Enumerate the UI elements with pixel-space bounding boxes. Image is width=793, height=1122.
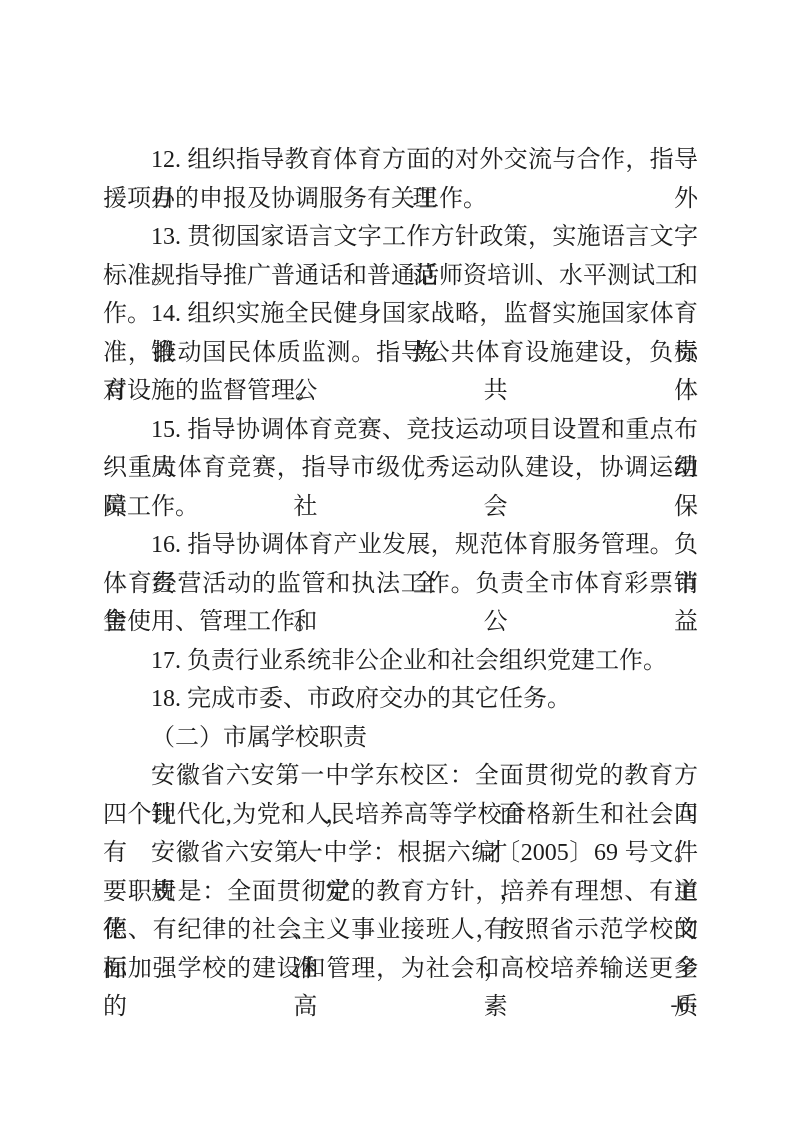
text-line: 16. 指导协调体育产业发展，规范体育服务管理。负责全市 bbox=[103, 526, 698, 565]
text-line: 化、有纪律的社会主义事业接班人，按照省示范学校的标准，全 bbox=[103, 911, 698, 950]
page-number: -6- bbox=[671, 992, 699, 1017]
document-body: 12. 组织指导教育体育方面的对外交流与合作，指导办理外援项目的申报及协调服务有… bbox=[103, 141, 698, 988]
text-line: 准，推动国民体质监测。指导公共体育设施建设，负责对公共体 bbox=[103, 334, 698, 373]
text-line: （二）市属学校职责 bbox=[103, 719, 698, 758]
text-line: 织重大体育竞赛，指导市级优秀运动队建设，协调运动员社会保 bbox=[103, 449, 698, 488]
text-line: 安徽省六安第一中学：根据六编〔2005〕69 号文件规定，主 bbox=[103, 834, 698, 873]
text-line: 17. 负责行业系统非公企业和社会组织党建工作。 bbox=[103, 642, 698, 681]
text-line: 14. 组织实施全民健身国家战略，监督实施国家体育锻炼标 bbox=[103, 295, 698, 334]
text-line: 面加强学校的建设和管理，为社会和高校培养输送更多的高素质 bbox=[103, 950, 698, 989]
text-line: 四个现代化,为党和人民培养高等学校合格新生和社会四有人才。 bbox=[103, 796, 698, 835]
text-line: 18. 完成市委、市政府交办的其它任务。 bbox=[103, 680, 698, 719]
document-page: 12. 组织指导教育体育方面的对外交流与合作，指导办理外援项目的申报及协调服务有… bbox=[0, 0, 793, 1122]
text-line: 12. 组织指导教育体育方面的对外交流与合作，指导办理外 bbox=[103, 141, 698, 180]
text-line: 15. 指导协调体育竞赛、竞技运动项目设置和重点布局，组 bbox=[103, 411, 698, 450]
text-line: 安徽省六安第一中学东校区：全面贯彻党的教育方针，面向 bbox=[103, 757, 698, 796]
text-line: 要职责是：全面贯彻党的教育方针，培养有理想、有道德、有文 bbox=[103, 873, 698, 912]
text-line: 体育经营活动的监管和执法工作。负责全市体育彩票销售和公益 bbox=[103, 565, 698, 604]
text-line: 标准。指导推广普通话和普通话师资培训、水平测试工作。 bbox=[103, 257, 698, 296]
text-line: 13. 贯彻国家语言文字工作方针政策，实施语言文字规范和 bbox=[103, 218, 698, 257]
